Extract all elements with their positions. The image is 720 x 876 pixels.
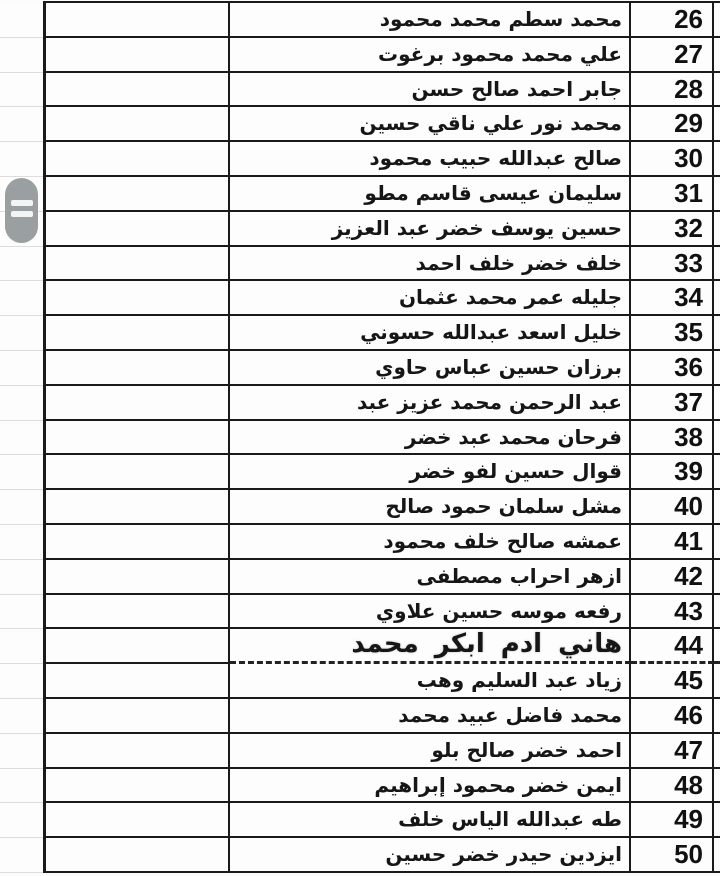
margin-cell <box>0 455 43 490</box>
margin-cell <box>0 769 43 804</box>
edge-cell <box>714 212 720 247</box>
name-cell: محمد فاضل عبيد محمد <box>230 699 631 734</box>
edge-cell <box>714 455 720 490</box>
edge-cell <box>714 595 720 630</box>
table-row: جابر احمد صالح حسن 28 <box>0 73 720 108</box>
empty-cell <box>43 803 230 838</box>
number-cell: 50 <box>631 838 714 873</box>
table-row: رفعه موسه حسين علاوي 43 <box>0 595 720 630</box>
table-row: قوال حسين لفو خضر 39 <box>0 455 720 490</box>
drag-handle-icon <box>11 200 33 206</box>
margin-cell <box>0 281 43 316</box>
name-cell: ازهر احراب مصطفى <box>230 560 631 595</box>
edge-cell <box>714 351 720 386</box>
number-cell: 35 <box>631 316 714 351</box>
margin-cell <box>0 629 43 664</box>
number-cell: 27 <box>631 38 714 73</box>
empty-cell <box>43 421 230 456</box>
empty-cell <box>43 177 230 212</box>
empty-cell <box>43 560 230 595</box>
empty-cell <box>43 316 230 351</box>
number-cell: 29 <box>631 107 714 142</box>
edge-cell <box>714 386 720 421</box>
empty-cell <box>43 838 230 873</box>
table-row: محمد سطم محمد محمود 26 <box>0 3 720 38</box>
edge-cell <box>714 421 720 456</box>
margin-cell <box>0 595 43 630</box>
name-cell: رفعه موسه حسين علاوي <box>230 595 631 630</box>
empty-cell <box>43 212 230 247</box>
empty-cell <box>43 595 230 630</box>
name-cell: صالح عبدالله حبيب محمود <box>230 142 631 177</box>
empty-cell <box>43 769 230 804</box>
roster-table: محمد سطم محمد محمود 26 علي محمد محمود بر… <box>0 3 720 873</box>
table-row: عبد الرحمن محمد عزيز عبد 37 <box>0 386 720 421</box>
assistive-touch-handle[interactable] <box>5 178 38 243</box>
margin-cell <box>0 107 43 142</box>
edge-cell <box>714 3 720 38</box>
name-cell: عبد الرحمن محمد عزيز عبد <box>230 386 631 421</box>
empty-cell <box>43 490 230 525</box>
table-row: عمشه صالح خلف محمود 41 <box>0 525 720 560</box>
empty-cell <box>43 525 230 560</box>
margin-cell <box>0 38 43 73</box>
number-cell: 28 <box>631 73 714 108</box>
edge-cell <box>714 769 720 804</box>
margin-cell <box>0 73 43 108</box>
edge-cell <box>714 664 720 699</box>
number-cell: 39 <box>631 455 714 490</box>
number-cell: 48 <box>631 769 714 804</box>
table-row: برزان حسين عباس حاوي 36 <box>0 351 720 386</box>
table-row: محمد فاضل عبيد محمد 46 <box>0 699 720 734</box>
edge-cell <box>714 38 720 73</box>
table-row: محمد نور علي ناقي حسين 29 <box>0 107 720 142</box>
table-row: صالح عبدالله حبيب محمود 30 <box>0 142 720 177</box>
margin-cell <box>0 838 43 873</box>
scanned-roster-page: محمد سطم محمد محمود 26 علي محمد محمود بر… <box>0 0 720 876</box>
name-cell: حسين يوسف خضر عبد العزيز <box>230 212 631 247</box>
table-row: هاني ادم ابكر محمد 44 <box>0 629 720 664</box>
margin-cell <box>0 525 43 560</box>
name-cell: ايمن خضر محمود إبراهيم <box>230 769 631 804</box>
margin-cell <box>0 664 43 699</box>
name-cell: زياد عبد السليم وهب <box>230 664 631 699</box>
name-cell: محمد نور علي ناقي حسين <box>230 107 631 142</box>
table-row: جليله عمر محمد عثمان 34 <box>0 281 720 316</box>
name-cell: مشل سلمان حمود صالح <box>230 490 631 525</box>
empty-cell <box>43 351 230 386</box>
edge-cell <box>714 177 720 212</box>
number-cell: 33 <box>631 247 714 282</box>
margin-cell <box>0 490 43 525</box>
empty-cell <box>43 629 230 664</box>
table-row: فرحان محمد عبد خضر 38 <box>0 421 720 456</box>
edge-cell <box>714 525 720 560</box>
edge-cell <box>714 281 720 316</box>
number-cell: 49 <box>631 803 714 838</box>
table-row: ايزدين حيدر خضر حسين 50 <box>0 838 720 873</box>
edge-cell <box>714 629 720 664</box>
edge-cell <box>714 838 720 873</box>
number-cell: 26 <box>631 3 714 38</box>
name-cell: خليل اسعد عبدالله حسوني <box>230 316 631 351</box>
table-row: طه عبدالله الياس خلف 49 <box>0 803 720 838</box>
table-row: حسين يوسف خضر عبد العزيز 32 <box>0 212 720 247</box>
table-row: خلف خضر خلف احمد 33 <box>0 247 720 282</box>
table-row: ازهر احراب مصطفى 42 <box>0 560 720 595</box>
empty-cell <box>43 107 230 142</box>
edge-cell <box>714 560 720 595</box>
margin-cell <box>0 560 43 595</box>
edge-cell <box>714 247 720 282</box>
name-cell: فرحان محمد عبد خضر <box>230 421 631 456</box>
name-cell: طه عبدالله الياس خلف <box>230 803 631 838</box>
number-cell: 42 <box>631 560 714 595</box>
empty-cell <box>43 455 230 490</box>
edge-cell <box>714 803 720 838</box>
name-cell: ايزدين حيدر خضر حسين <box>230 838 631 873</box>
margin-cell <box>0 142 43 177</box>
name-cell: عمشه صالح خلف محمود <box>230 525 631 560</box>
number-cell: 46 <box>631 699 714 734</box>
number-cell: 34 <box>631 281 714 316</box>
number-cell: 40 <box>631 490 714 525</box>
edge-cell <box>714 107 720 142</box>
number-cell: 45 <box>631 664 714 699</box>
empty-cell <box>43 142 230 177</box>
table-row: زياد عبد السليم وهب 45 <box>0 664 720 699</box>
edge-cell <box>714 142 720 177</box>
edge-cell <box>714 73 720 108</box>
margin-cell <box>0 3 43 38</box>
empty-cell <box>43 3 230 38</box>
empty-cell <box>43 386 230 421</box>
name-cell: محمد سطم محمد محمود <box>230 3 631 38</box>
number-cell: 31 <box>631 177 714 212</box>
name-cell: جليله عمر محمد عثمان <box>230 281 631 316</box>
name-cell: احمد خضر صالح بلو <box>230 734 631 769</box>
edge-cell <box>714 734 720 769</box>
margin-cell <box>0 803 43 838</box>
margin-cell <box>0 316 43 351</box>
edge-cell <box>714 699 720 734</box>
table-row: ايمن خضر محمود إبراهيم 48 <box>0 769 720 804</box>
name-cell: علي محمد محمود برغوت <box>230 38 631 73</box>
empty-cell <box>43 281 230 316</box>
edge-cell <box>714 490 720 525</box>
margin-cell <box>0 386 43 421</box>
name-cell: سليمان عيسى قاسم مطو <box>230 177 631 212</box>
table-row: مشل سلمان حمود صالح 40 <box>0 490 720 525</box>
number-cell: 47 <box>631 734 714 769</box>
table-row: سليمان عيسى قاسم مطو 31 <box>0 177 720 212</box>
margin-cell <box>0 247 43 282</box>
table-row: خليل اسعد عبدالله حسوني 35 <box>0 316 720 351</box>
name-cell: جابر احمد صالح حسن <box>230 73 631 108</box>
table-row: احمد خضر صالح بلو 47 <box>0 734 720 769</box>
margin-cell <box>0 699 43 734</box>
table-row: علي محمد محمود برغوت 27 <box>0 38 720 73</box>
name-cell: قوال حسين لفو خضر <box>230 455 631 490</box>
number-cell: 37 <box>631 386 714 421</box>
number-cell: 32 <box>631 212 714 247</box>
name-cell: خلف خضر خلف احمد <box>230 247 631 282</box>
drag-handle-icon <box>11 211 33 217</box>
number-cell: 41 <box>631 525 714 560</box>
number-cell: 44 <box>631 629 714 664</box>
margin-cell <box>0 351 43 386</box>
margin-cell <box>0 421 43 456</box>
number-cell: 38 <box>631 421 714 456</box>
number-cell: 36 <box>631 351 714 386</box>
name-cell: برزان حسين عباس حاوي <box>230 351 631 386</box>
empty-cell <box>43 734 230 769</box>
empty-cell <box>43 664 230 699</box>
edge-cell <box>714 316 720 351</box>
empty-cell <box>43 699 230 734</box>
empty-cell <box>43 38 230 73</box>
number-cell: 30 <box>631 142 714 177</box>
number-cell: 43 <box>631 595 714 630</box>
margin-cell <box>0 734 43 769</box>
empty-cell <box>43 247 230 282</box>
empty-cell <box>43 73 230 108</box>
name-cell: هاني ادم ابكر محمد <box>230 629 631 664</box>
